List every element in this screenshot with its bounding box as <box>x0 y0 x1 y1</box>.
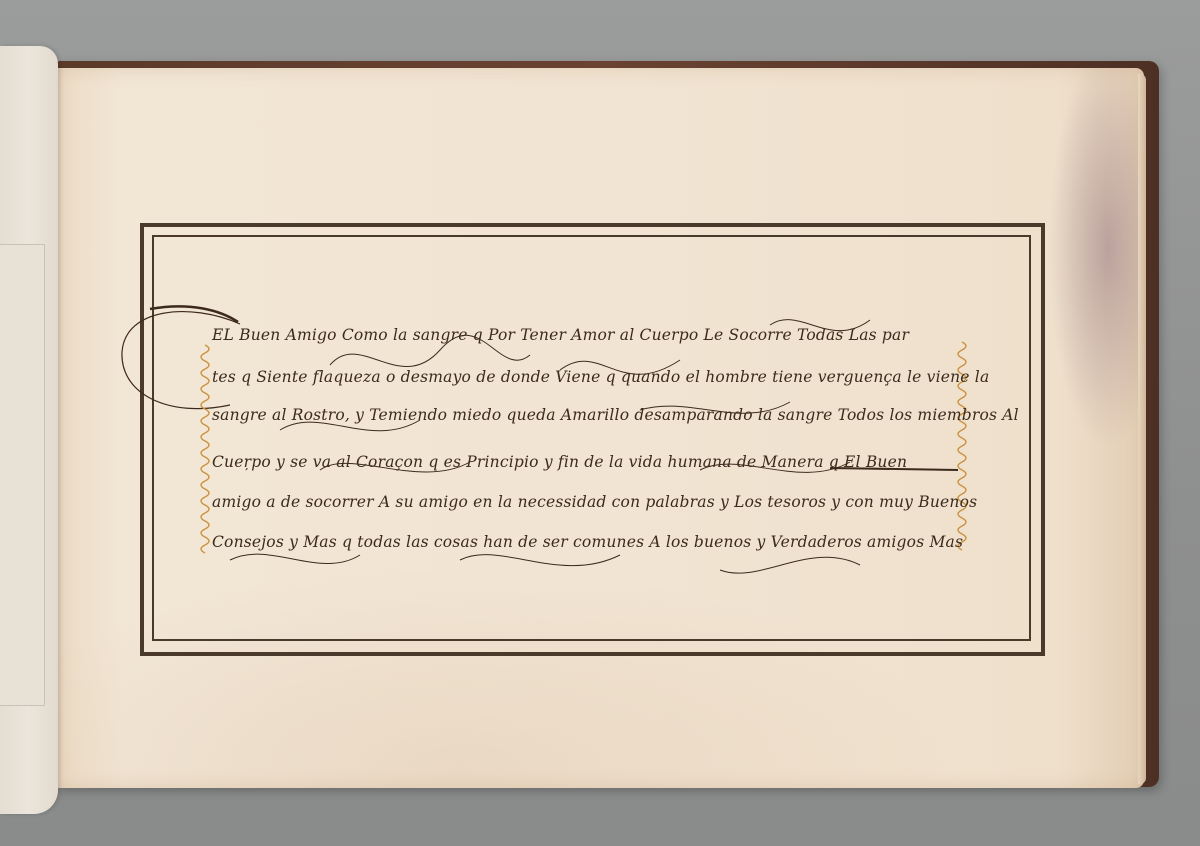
manuscript-line-4: Cueŗpo y se va al Coraçon q es Principio… <box>212 453 907 471</box>
manuscript-line-1: EL Buen Amigo Como la sangre q Por Tener… <box>212 326 909 344</box>
left-page-leaf <box>0 46 58 814</box>
manuscript-line-2: tes q Siente flaqueza o desmayo de donde… <box>212 368 989 386</box>
page-edge <box>1138 74 1146 784</box>
manuscript-line-3: sangre al Rostro, y Temiendo miedo queda… <box>212 406 1019 424</box>
left-page-frame-remnant <box>0 244 45 706</box>
inner-frame-border <box>152 235 1031 641</box>
manuscript-line-6: Consejos y Mas q todas las cosas han de … <box>212 533 963 551</box>
manuscript-line-5: amigo a de socorrer A su amigo en la nec… <box>212 493 977 511</box>
